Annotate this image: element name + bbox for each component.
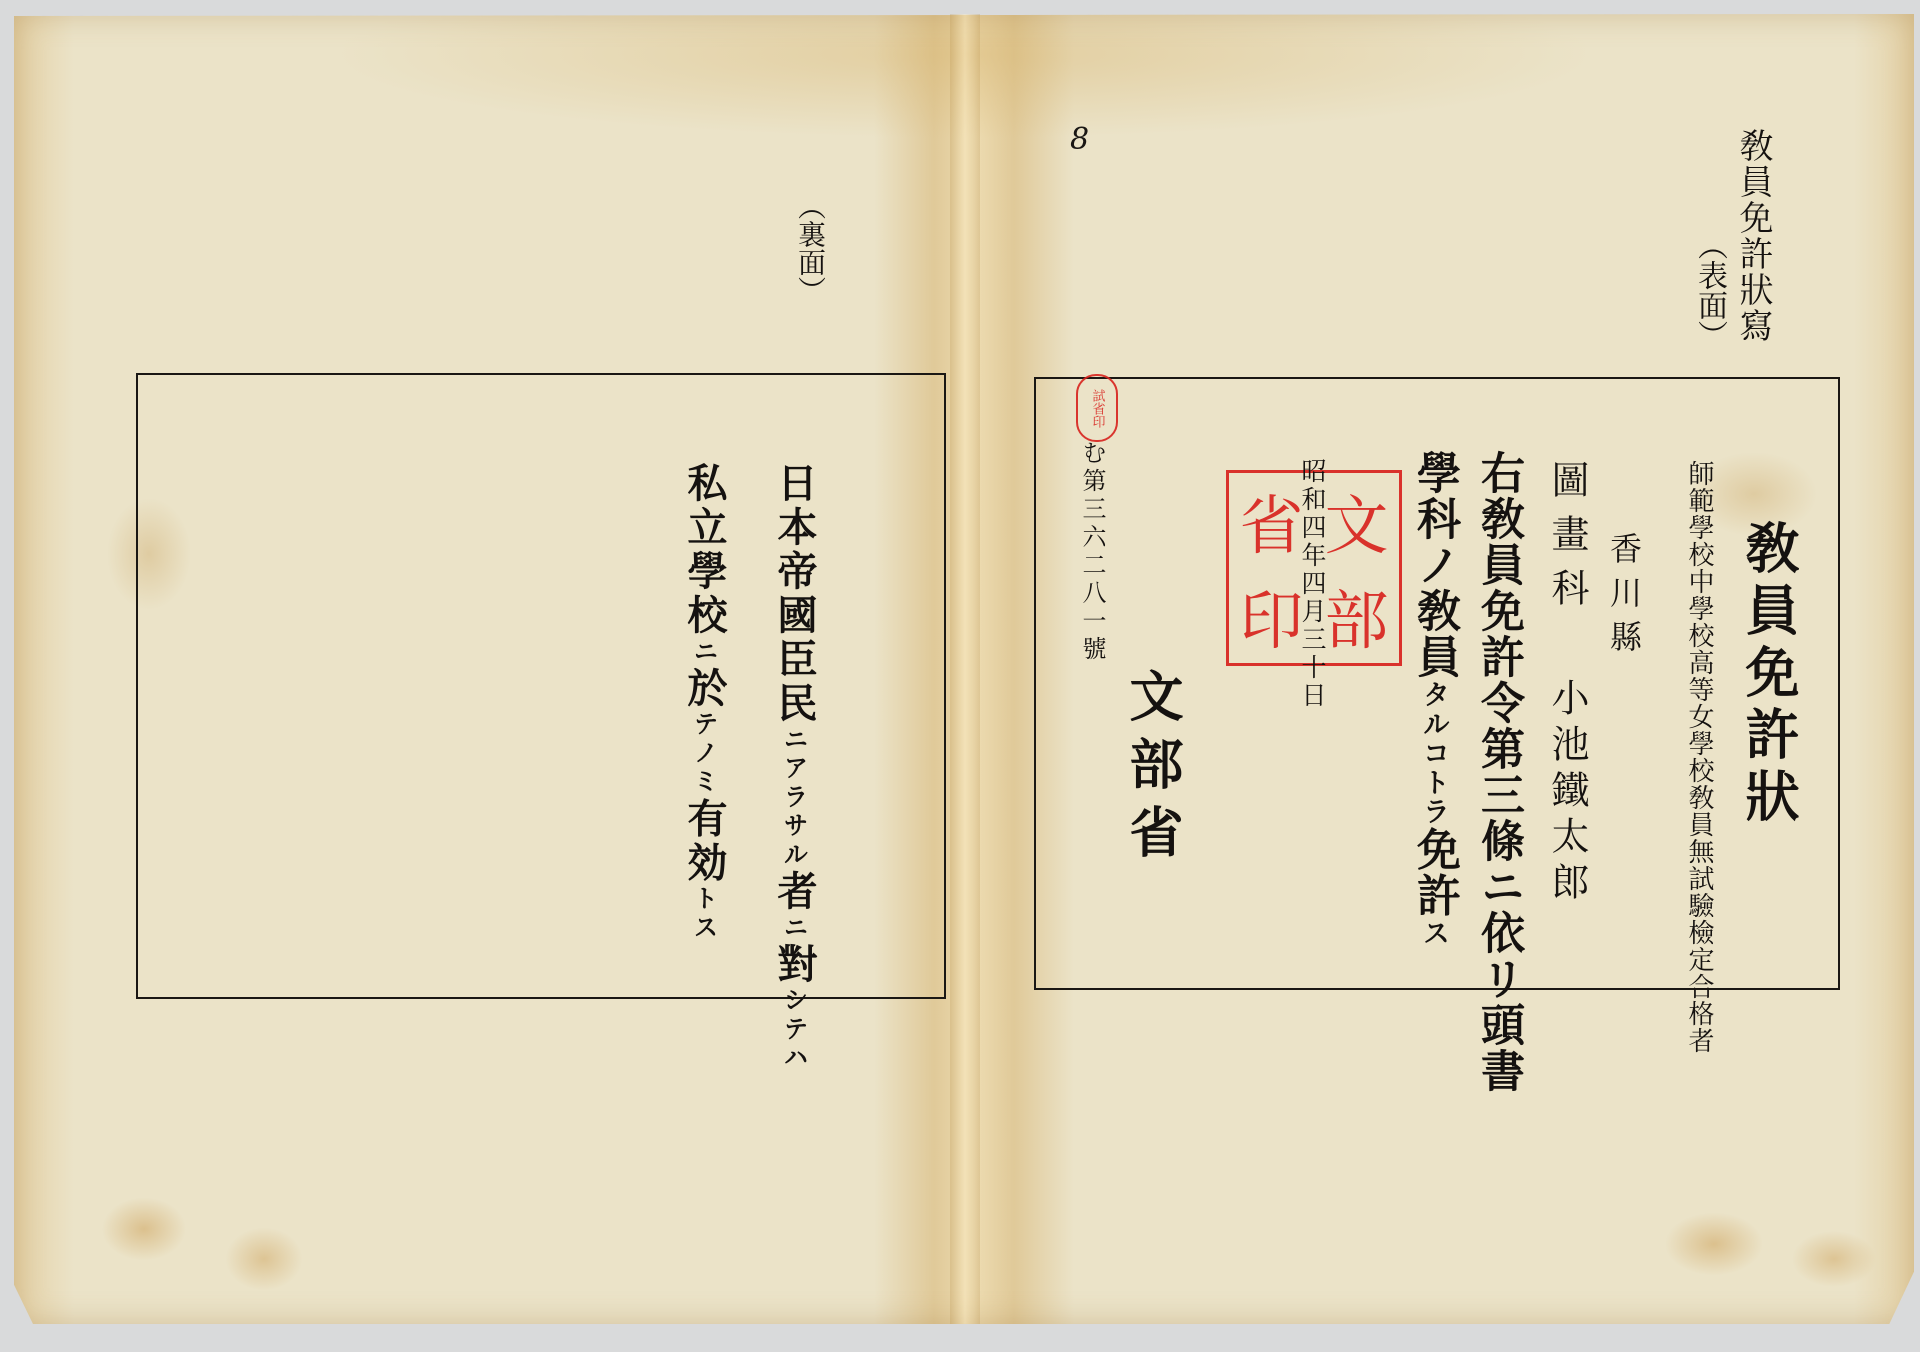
copy-title: 敎員免許狀寫 xyxy=(1736,128,1770,344)
back-line1-kana2: ニ xyxy=(780,914,809,943)
back-line1-end: 對 xyxy=(771,943,818,987)
back-line2-main: 私立學校 xyxy=(681,462,728,638)
small-oval-seal: 試省印 xyxy=(1076,374,1118,442)
back-line1-kana: ニアラサル xyxy=(780,726,809,870)
back-line2-kana3: トス xyxy=(690,885,719,943)
serial-number: む第三六二八一號 xyxy=(1080,440,1104,664)
body-line2-kana: タルコトラ xyxy=(1418,680,1450,826)
body-line2-end: 免許 xyxy=(1409,826,1460,918)
body-line2-main: 學科ノ敎員 xyxy=(1409,450,1460,680)
issuer: 文部省 xyxy=(1126,668,1180,872)
back-line2-kana: ニ xyxy=(690,638,719,667)
back-frame xyxy=(136,373,946,999)
certificate-title: 敎員免許狀 xyxy=(1742,520,1796,830)
qualification-line: 師範學校中學校高等女學校敎員無試驗檢定合格者 xyxy=(1686,460,1712,1054)
issue-date: 昭和四年四月三十日 xyxy=(1300,458,1325,710)
back-line2-end: 有効 xyxy=(681,797,728,885)
back-side-label: （裏面） xyxy=(796,192,824,304)
body-line2-suffix: ス xyxy=(1418,918,1450,947)
back-line1-main: 日本帝國臣民 xyxy=(771,462,818,726)
back-line1-mid: 者 xyxy=(771,870,818,914)
front-side-label: （表面） xyxy=(1694,230,1724,350)
page-number: 8 xyxy=(1070,122,1089,157)
body-text-line2: 學科ノ敎員タルコトラ免許ス xyxy=(1412,450,1456,948)
back-line1-kana3: シテハ xyxy=(780,987,809,1073)
body-text-line1: 右敎員免許令第三條ニ依リ頭書 xyxy=(1476,450,1520,1094)
prefecture: 香川縣 xyxy=(1608,532,1640,664)
back-line2-mid: 於 xyxy=(681,667,728,711)
subject: 圖畫科 xyxy=(1548,460,1586,622)
back-text-line1: 日本帝國臣民ニアラサル者ニ對シテハ xyxy=(774,462,814,1073)
back-line2-kana2: テノミ xyxy=(690,711,719,797)
holder-name: 小池鐵太郎 xyxy=(1548,678,1586,908)
back-text-line2: 私立學校ニ於テノミ有効トス xyxy=(684,462,724,943)
center-fold xyxy=(950,14,980,1324)
